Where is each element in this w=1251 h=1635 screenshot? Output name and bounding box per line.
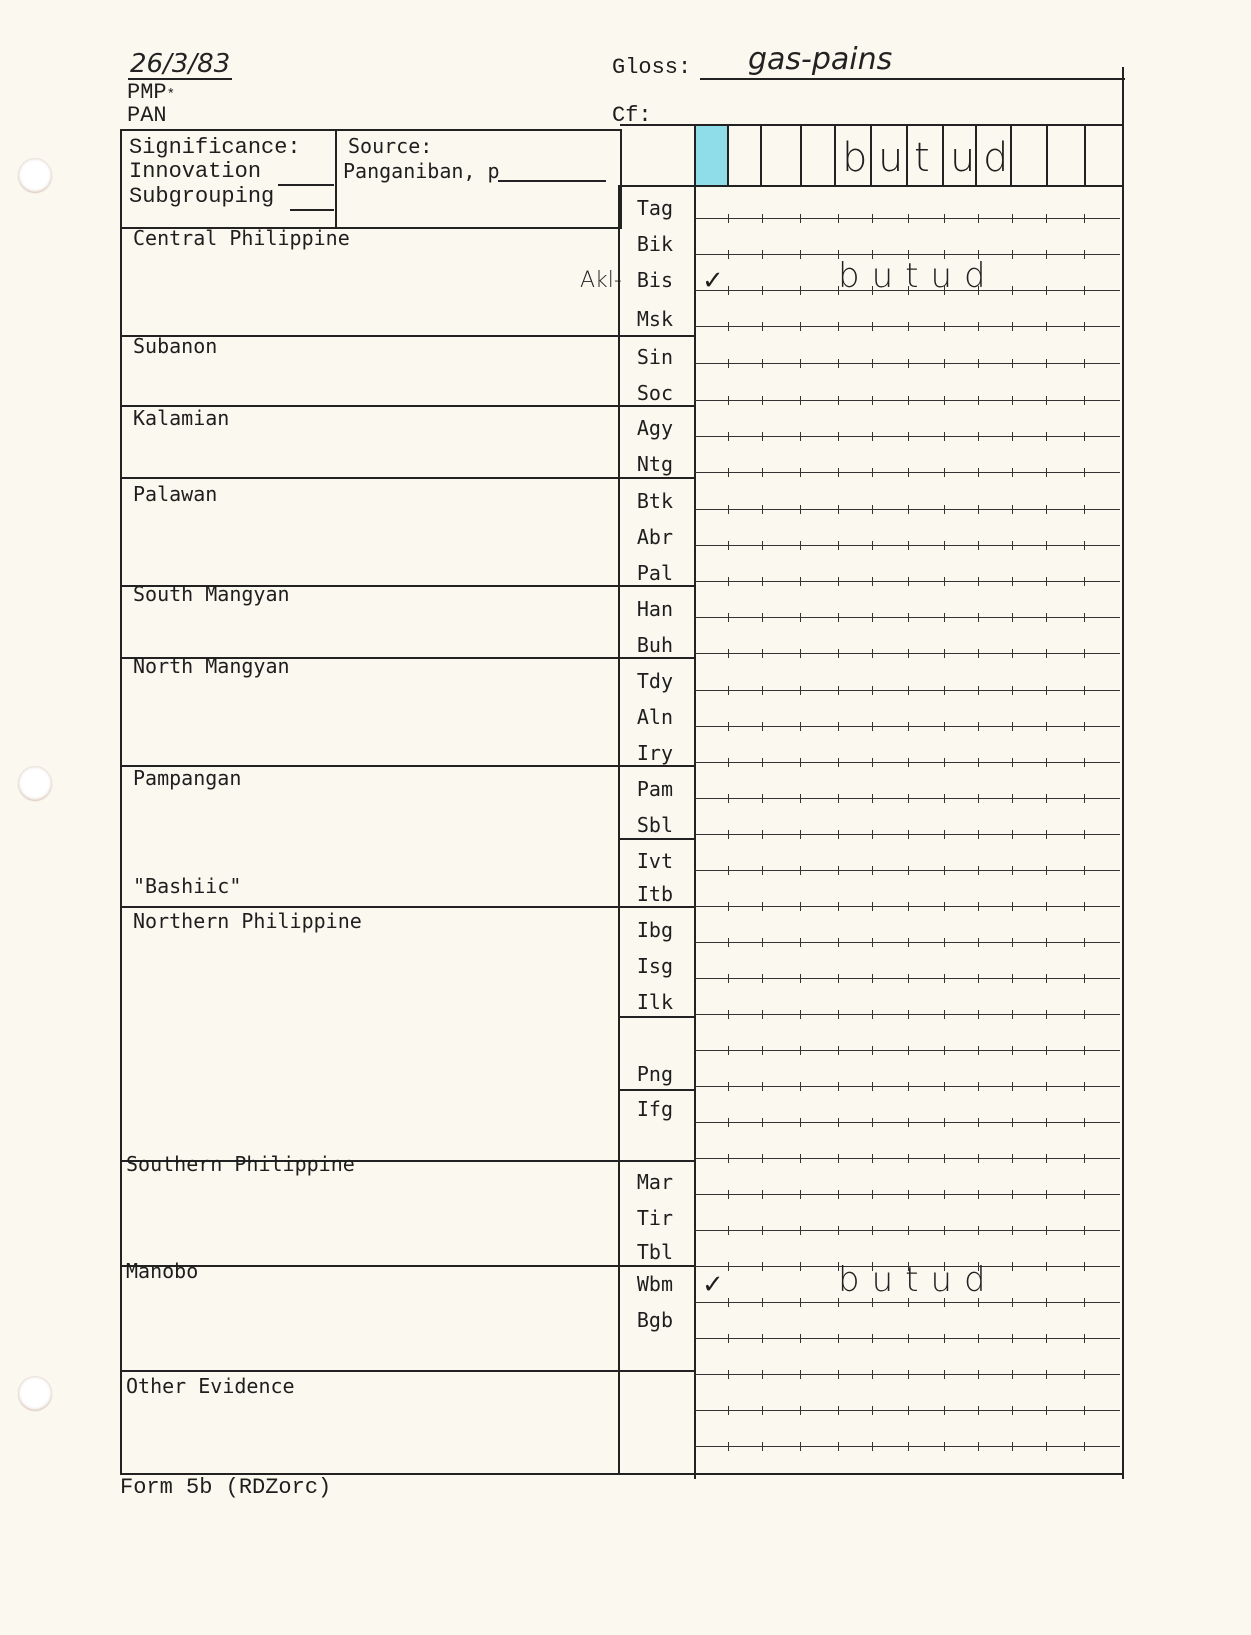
letter-box[interactable] — [1046, 126, 1084, 185]
group-separator — [120, 906, 695, 908]
significance-label: Significance: — [129, 136, 301, 160]
letter-box[interactable] — [760, 126, 800, 185]
tick-mark — [872, 613, 873, 622]
tick-mark — [1084, 396, 1085, 405]
letter-box[interactable] — [1084, 126, 1122, 185]
tick-mark — [1012, 1154, 1013, 1163]
tick-mark — [1046, 505, 1047, 514]
tick-mark — [800, 396, 801, 405]
code-separator — [618, 838, 695, 840]
tick-mark — [1046, 468, 1047, 477]
group-label: Pampangan — [133, 766, 241, 790]
tick-mark — [1084, 214, 1085, 223]
tick-mark — [838, 1334, 839, 1343]
tick-mark — [944, 686, 945, 695]
tick-mark — [908, 722, 909, 731]
tick-mark — [728, 1046, 729, 1055]
ruled-line — [695, 1050, 1120, 1051]
innovation-blank[interactable] — [278, 184, 334, 186]
language-code: Sbl — [603, 813, 673, 837]
tick-mark — [728, 1298, 729, 1307]
tick-mark — [800, 1010, 801, 1019]
tick-mark — [762, 830, 763, 839]
group-separator — [120, 477, 695, 479]
tick-mark — [978, 1118, 979, 1127]
tick-mark — [838, 1406, 839, 1415]
date-field[interactable]: 26/3/83 — [128, 50, 232, 80]
tick-mark — [908, 974, 909, 983]
tick-mark — [762, 214, 763, 223]
tick-mark — [1084, 1262, 1085, 1271]
language-code: Agy — [603, 416, 673, 440]
tick-mark — [838, 468, 839, 477]
tick-mark — [1012, 1082, 1013, 1091]
tick-mark — [978, 1010, 979, 1019]
tick-mark — [800, 866, 801, 875]
tick-mark — [1084, 866, 1085, 875]
tick-mark — [728, 830, 729, 839]
tick-mark — [762, 686, 763, 695]
tick-mark — [1084, 541, 1085, 550]
ruled-line — [695, 798, 1120, 799]
tick-mark — [978, 758, 979, 767]
tick-mark — [908, 1190, 909, 1199]
code-separator — [618, 1089, 695, 1091]
tick-mark — [1084, 1298, 1085, 1307]
tick-mark — [800, 1118, 801, 1127]
tick-mark — [1012, 613, 1013, 622]
tick-mark — [838, 1370, 839, 1379]
letter-box[interactable] — [727, 126, 760, 185]
subgrouping-blank[interactable] — [290, 209, 334, 211]
tick-mark — [838, 794, 839, 803]
letter-box[interactable]: t — [906, 126, 942, 185]
tick-mark — [838, 686, 839, 695]
tick-mark — [1084, 1190, 1085, 1199]
tick-mark — [872, 794, 873, 803]
letter-box[interactable] — [694, 126, 727, 185]
tick-mark — [728, 974, 729, 983]
tick-mark — [978, 974, 979, 983]
language-code: Buh — [603, 633, 673, 657]
letter-text: b — [842, 138, 867, 178]
tick-mark — [1084, 613, 1085, 622]
tick-mark — [1084, 250, 1085, 259]
tick-mark — [908, 322, 909, 331]
tick-mark — [800, 758, 801, 767]
tick-mark — [1084, 468, 1085, 477]
tick-mark — [1046, 1442, 1047, 1451]
ruled-line — [695, 581, 1120, 582]
cognate-form[interactable]: butud — [838, 1260, 998, 1300]
tick-mark — [944, 505, 945, 514]
tick-mark — [978, 1046, 979, 1055]
tick-mark — [762, 1370, 763, 1379]
language-code: Mar — [603, 1170, 673, 1194]
tick-mark — [1084, 577, 1085, 586]
tick-mark — [944, 1442, 945, 1451]
letter-text: d — [983, 138, 1008, 178]
tick-mark — [762, 794, 763, 803]
tick-mark — [728, 214, 729, 223]
tick-mark — [1012, 250, 1013, 259]
tick-mark — [1012, 938, 1013, 947]
tick-mark — [728, 359, 729, 368]
check-mark-icon[interactable]: ✓ — [702, 1270, 724, 1300]
tick-mark — [978, 649, 979, 658]
language-code: Tir — [603, 1206, 673, 1230]
innovation-text: Innovation — [129, 159, 261, 184]
group-label: Subanon — [133, 334, 217, 358]
tick-mark — [944, 938, 945, 947]
tick-mark — [1012, 359, 1013, 368]
tick-mark — [838, 613, 839, 622]
tick-mark — [762, 1190, 763, 1199]
tick-mark — [944, 1406, 945, 1415]
punch-hole — [18, 158, 52, 192]
tick-mark — [762, 286, 763, 295]
tick-mark — [944, 359, 945, 368]
language-code: Sin — [603, 345, 673, 369]
group-label: Manobo — [126, 1259, 198, 1283]
tick-mark — [1084, 359, 1085, 368]
language-code: Itb — [603, 882, 673, 906]
ruled-line — [695, 906, 1120, 907]
tick-mark — [1012, 1370, 1013, 1379]
tick-mark — [800, 1190, 801, 1199]
tick-mark — [944, 1046, 945, 1055]
tick-mark — [1046, 1406, 1047, 1415]
tick-mark — [838, 1082, 839, 1091]
tick-mark — [800, 468, 801, 477]
tick-mark — [978, 1334, 979, 1343]
language-code: Abr — [603, 525, 673, 549]
letter-text: t — [914, 138, 930, 178]
tick-mark — [944, 1010, 945, 1019]
tick-mark — [800, 686, 801, 695]
gloss-value[interactable]: gas-pains — [748, 42, 892, 77]
tick-mark — [978, 214, 979, 223]
tick-mark — [728, 1118, 729, 1127]
tick-mark — [762, 1010, 763, 1019]
tick-mark — [944, 902, 945, 911]
tick-mark — [872, 322, 873, 331]
tick-mark — [1046, 1118, 1047, 1127]
tick-mark — [1084, 686, 1085, 695]
tick-mark — [978, 613, 979, 622]
tick-mark — [908, 794, 909, 803]
tick-mark — [1012, 1010, 1013, 1019]
tick-mark — [1012, 758, 1013, 767]
tick-mark — [728, 1334, 729, 1343]
ruled-line — [695, 363, 1120, 364]
language-code: Iry — [603, 741, 673, 765]
tick-mark — [762, 322, 763, 331]
tick-mark — [944, 1154, 945, 1163]
tick-mark — [762, 541, 763, 550]
tick-mark — [838, 938, 839, 947]
tick-mark — [1084, 1370, 1085, 1379]
tick-mark — [908, 830, 909, 839]
tick-mark — [1012, 286, 1013, 295]
tick-mark — [872, 1190, 873, 1199]
tick-mark — [1046, 974, 1047, 983]
tick-mark — [1084, 974, 1085, 983]
tick-mark — [838, 577, 839, 586]
tick-mark — [800, 649, 801, 658]
ruled-line — [695, 436, 1120, 437]
source-value: Panganiban, p — [343, 159, 500, 183]
tick-mark — [1012, 396, 1013, 405]
tick-mark — [800, 577, 801, 586]
tick-mark — [1012, 541, 1013, 550]
tick-mark — [978, 938, 979, 947]
tick-mark — [872, 1046, 873, 1055]
tick-mark — [1012, 1226, 1013, 1235]
tick-mark — [978, 866, 979, 875]
tick-mark — [872, 938, 873, 947]
tick-mark — [1012, 1118, 1013, 1127]
tick-mark — [800, 1442, 801, 1451]
right-border — [1122, 67, 1124, 1479]
tick-mark — [1046, 938, 1047, 947]
letter-box[interactable]: u — [942, 126, 975, 185]
tick-mark — [872, 1154, 873, 1163]
tick-mark — [838, 866, 839, 875]
letter-box[interactable]: d — [975, 126, 1010, 185]
tick-mark — [1046, 432, 1047, 441]
tick-mark — [908, 1046, 909, 1055]
tick-mark — [1046, 1298, 1047, 1307]
tick-mark — [800, 1262, 801, 1271]
tick-mark — [1046, 1082, 1047, 1091]
tick-mark — [762, 938, 763, 947]
tick-mark — [1012, 432, 1013, 441]
tick-mark — [944, 432, 945, 441]
tick-mark — [1012, 468, 1013, 477]
tick-mark — [944, 214, 945, 223]
tick-mark — [978, 1442, 979, 1451]
tick-mark — [1012, 1406, 1013, 1415]
tick-mark — [908, 577, 909, 586]
ruled-line — [695, 653, 1120, 654]
tick-mark — [1012, 1298, 1013, 1307]
tick-mark — [762, 432, 763, 441]
tick-mark — [762, 1334, 763, 1343]
language-code: Han — [603, 597, 673, 621]
tick-mark — [908, 938, 909, 947]
tick-mark — [728, 1406, 729, 1415]
tick-mark — [1046, 577, 1047, 586]
tick-mark — [1084, 1442, 1085, 1451]
tick-mark — [872, 722, 873, 731]
tick-mark — [872, 468, 873, 477]
tick-mark — [944, 541, 945, 550]
tick-mark — [944, 577, 945, 586]
tick-mark — [872, 396, 873, 405]
tick-mark — [908, 1118, 909, 1127]
tick-mark — [1012, 722, 1013, 731]
group-label: Northern Philippine — [133, 909, 362, 933]
tick-mark — [800, 214, 801, 223]
tick-mark — [762, 902, 763, 911]
letter-box[interactable]: b — [834, 126, 870, 185]
language-code: Pam — [603, 777, 673, 801]
tick-mark — [762, 1046, 763, 1055]
letter-box[interactable]: u — [870, 126, 906, 185]
group-label: Southern Philippine — [126, 1152, 355, 1176]
tick-mark — [978, 1082, 979, 1091]
tick-mark — [800, 1082, 801, 1091]
tick-mark — [1012, 1262, 1013, 1271]
ruled-line — [695, 326, 1120, 327]
tick-mark — [944, 794, 945, 803]
letter-box[interactable] — [1010, 126, 1046, 185]
tick-mark — [762, 1154, 763, 1163]
tick-mark — [1012, 686, 1013, 695]
ruled-line — [695, 834, 1120, 835]
tick-mark — [762, 649, 763, 658]
language-code: Ifg — [603, 1097, 673, 1121]
check-mark-icon[interactable]: ✓ — [702, 266, 724, 296]
tick-mark — [800, 1046, 801, 1055]
ruled-line — [695, 1338, 1120, 1339]
tick-mark — [1084, 1226, 1085, 1235]
tick-mark — [1046, 1010, 1047, 1019]
punch-hole — [18, 766, 52, 800]
code-column-right — [694, 124, 696, 1479]
tick-mark — [872, 432, 873, 441]
tick-mark — [800, 1406, 801, 1415]
tick-mark — [1046, 1046, 1047, 1055]
tick-mark — [1084, 286, 1085, 295]
tick-mark — [762, 974, 763, 983]
tick-mark — [944, 1082, 945, 1091]
tick-mark — [1046, 322, 1047, 331]
letter-box[interactable] — [800, 126, 834, 185]
ruled-line — [695, 1446, 1120, 1447]
tick-mark — [728, 722, 729, 731]
tick-mark — [800, 830, 801, 839]
level-pmp-label: PMP — [127, 80, 167, 105]
tick-mark — [838, 1154, 839, 1163]
tick-mark — [872, 577, 873, 586]
tick-mark — [908, 505, 909, 514]
tick-mark — [872, 1442, 873, 1451]
tick-mark — [1012, 974, 1013, 983]
ruled-line — [695, 1086, 1120, 1087]
tick-mark — [800, 613, 801, 622]
tick-mark — [1084, 902, 1085, 911]
tick-mark — [728, 938, 729, 947]
language-code: Png — [603, 1062, 673, 1086]
tick-mark — [908, 468, 909, 477]
tick-mark — [728, 649, 729, 658]
tick-mark — [728, 758, 729, 767]
form-label: Form 5b (RDZorc) — [120, 1476, 331, 1500]
tick-mark — [872, 359, 873, 368]
tick-mark — [800, 250, 801, 259]
language-code: Ntg — [603, 452, 673, 476]
tick-mark — [1012, 649, 1013, 658]
tick-mark — [944, 468, 945, 477]
subgrouping-label: Subgrouping — [129, 185, 274, 209]
tick-mark — [1084, 322, 1085, 331]
tick-mark — [800, 722, 801, 731]
tick-mark — [1046, 250, 1047, 259]
tick-mark — [728, 1154, 729, 1163]
cognate-form[interactable]: butud — [838, 256, 998, 296]
group-label: South Mangyan — [133, 582, 290, 606]
tick-mark — [728, 432, 729, 441]
language-code: Isg — [603, 954, 673, 978]
ruled-line — [695, 1014, 1120, 1015]
language-code: Tbl — [603, 1240, 673, 1264]
tick-mark — [908, 1406, 909, 1415]
tick-mark — [944, 830, 945, 839]
tick-mark — [908, 758, 909, 767]
tick-mark — [800, 938, 801, 947]
ruled-line — [695, 545, 1120, 546]
tick-mark — [872, 758, 873, 767]
tick-mark — [1012, 577, 1013, 586]
tick-mark — [838, 505, 839, 514]
tick-mark — [978, 1190, 979, 1199]
ruled-line — [695, 1302, 1120, 1303]
tick-mark — [872, 649, 873, 658]
tick-mark — [908, 1442, 909, 1451]
tick-mark — [762, 1262, 763, 1271]
tick-mark — [728, 577, 729, 586]
tick-mark — [908, 649, 909, 658]
group-label: Kalamian — [133, 406, 229, 430]
tick-mark — [762, 866, 763, 875]
tick-mark — [762, 359, 763, 368]
tick-mark — [872, 902, 873, 911]
tick-mark — [872, 1226, 873, 1235]
tick-mark — [872, 214, 873, 223]
tick-mark — [728, 1190, 729, 1199]
language-code: Wbm — [603, 1272, 673, 1296]
tick-mark — [1046, 396, 1047, 405]
tick-mark — [728, 541, 729, 550]
tick-mark — [978, 1154, 979, 1163]
tick-mark — [838, 1010, 839, 1019]
tick-mark — [728, 613, 729, 622]
tick-mark — [762, 396, 763, 405]
language-prefix: Akl- — [580, 268, 622, 293]
tick-mark — [1046, 541, 1047, 550]
tick-mark — [944, 1118, 945, 1127]
tick-mark — [978, 432, 979, 441]
tick-mark — [872, 686, 873, 695]
tick-mark — [1084, 1334, 1085, 1343]
tick-mark — [944, 396, 945, 405]
source-page-blank[interactable] — [498, 180, 606, 182]
tick-mark — [944, 649, 945, 658]
tick-mark — [800, 359, 801, 368]
tick-mark — [1046, 722, 1047, 731]
tick-mark — [1084, 938, 1085, 947]
tick-mark — [1084, 794, 1085, 803]
tick-mark — [838, 1118, 839, 1127]
tick-mark — [978, 722, 979, 731]
tick-mark — [978, 902, 979, 911]
tick-mark — [800, 794, 801, 803]
ruled-line — [695, 1158, 1120, 1159]
source-label: Source: — [348, 134, 432, 158]
tick-mark — [1012, 214, 1013, 223]
